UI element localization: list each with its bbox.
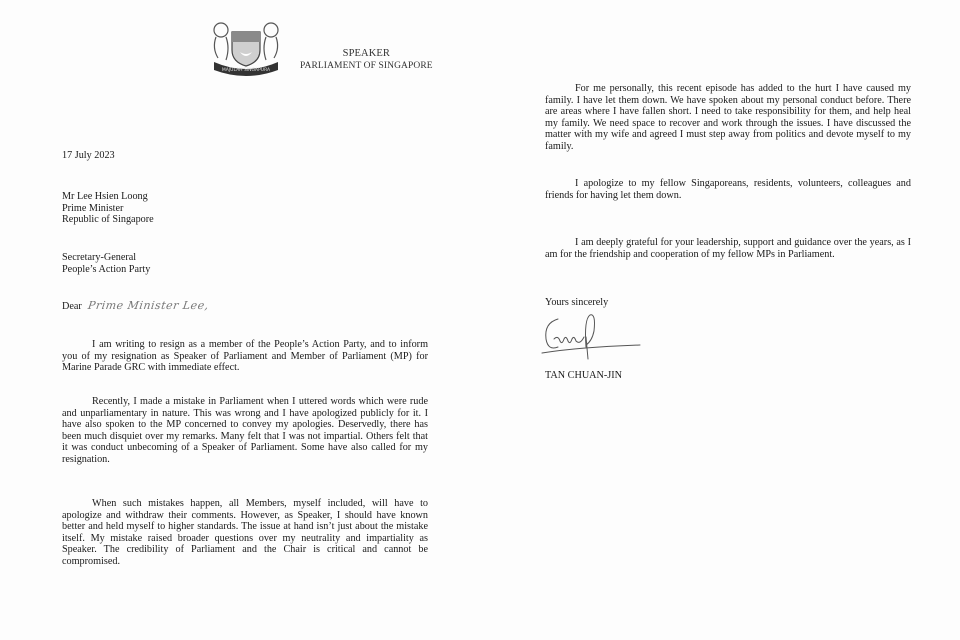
body-paragraph: Recently, I made a mistake in Parliament… [62,396,428,466]
letterhead-subtitle: PARLIAMENT OF SINGAPORE [300,60,433,72]
body-paragraph: I am deeply grateful for your leadership… [545,237,911,260]
recipient-title: Prime Minister [62,203,154,215]
salutation-printed: Dear [62,301,82,313]
letter-page-1: MAJULAH SINGAPURA SPEAKER PARLIAMENT OF … [0,0,480,640]
signature-icon [540,309,650,361]
recipient-country: Republic of Singapore [62,214,154,226]
letter-date: 17 July 2023 [62,150,115,162]
signer-name: TAN CHUAN-JIN [545,370,622,382]
letterhead: SPEAKER PARLIAMENT OF SINGAPORE [300,48,433,72]
body-paragraph: When such mistakes happen, all Members, … [62,498,428,568]
recipient-party: People’s Action Party [62,264,150,276]
body-paragraph: For me personally, this recent episode h… [545,83,911,153]
body-paragraph: I apologize to my fellow Singaporeans, r… [545,178,911,201]
recipient-address: Mr Lee Hsien Loong Prime Minister Republ… [62,191,154,226]
svg-text:MAJULAH SINGAPURA: MAJULAH SINGAPURA [222,67,271,73]
recipient-role: Secretary-General [62,252,150,264]
recipient-party-role: Secretary-General People’s Action Party [62,252,150,275]
salutation-handwritten: Prime Minister Lee, [87,300,209,312]
letterhead-title: SPEAKER [300,48,433,60]
body-paragraph: I am writing to resign as a member of th… [62,339,428,374]
coat-of-arms-icon: MAJULAH SINGAPURA [208,18,284,76]
recipient-name: Mr Lee Hsien Loong [62,191,154,203]
closing: Yours sincerely [545,297,608,309]
salutation: Dear Prime Minister Lee, [62,300,208,313]
